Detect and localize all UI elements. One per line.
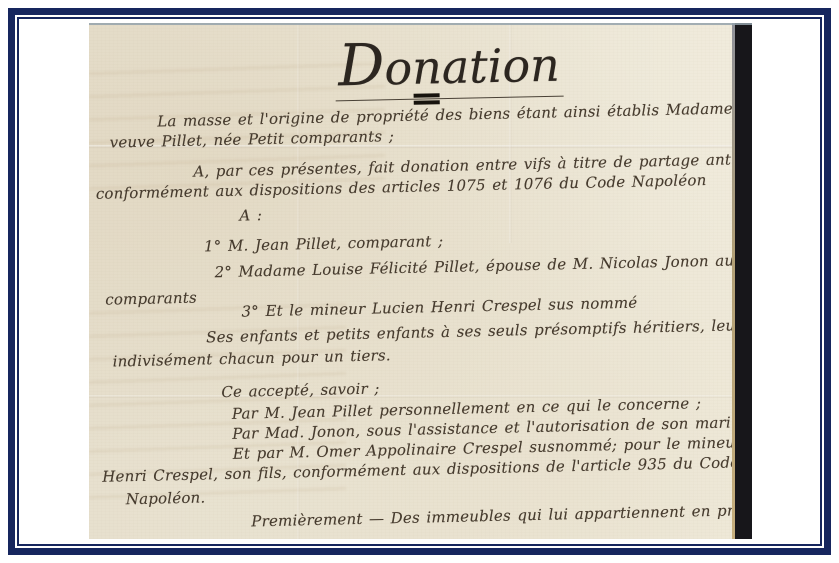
document-title: Donation	[238, 25, 659, 103]
photo-dark-backdrop	[735, 23, 752, 539]
outer-frame-border: Donation La masse et l'origine de propri…	[8, 8, 831, 555]
document-title-block: Donation	[238, 25, 659, 109]
document-photograph: Donation La masse et l'origine de propri…	[89, 23, 752, 539]
manuscript-paper: Donation La masse et l'origine de propri…	[89, 23, 732, 539]
manuscript: La masse et l'origine de propriété des b…	[89, 98, 732, 534]
screenshot-page: Donation La masse et l'origine de propri…	[0, 0, 839, 563]
photo-top-edge	[89, 23, 752, 25]
manuscript-line: Premièrement — Des immeubles qui lui app…	[251, 500, 732, 531]
inner-frame-border: Donation La masse et l'origine de propri…	[17, 17, 822, 546]
manuscript-line: A :	[239, 194, 732, 225]
